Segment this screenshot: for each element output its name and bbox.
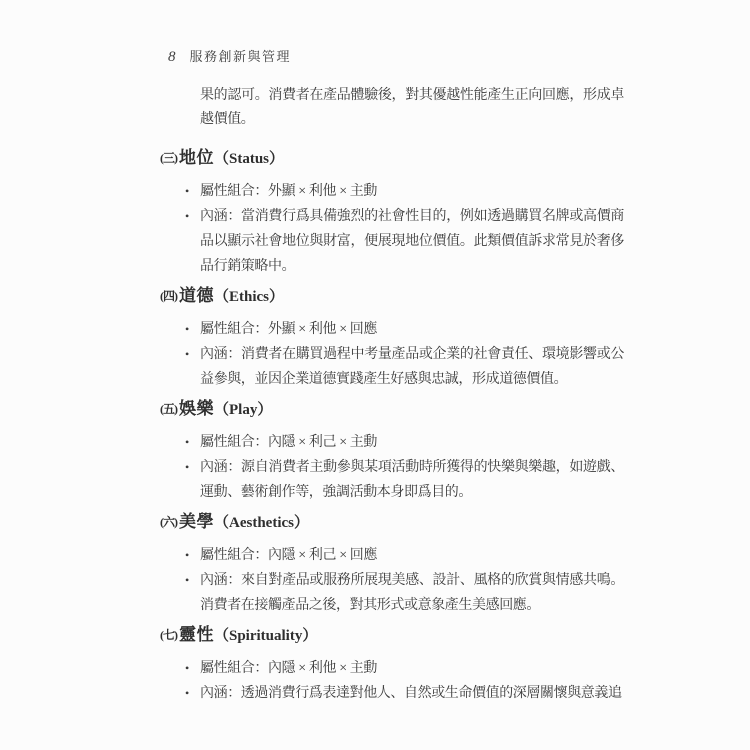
page-body: 果的認可。消費者在產品體驗後，對其優越性能產生正向回應，形成卓越價值。 (三) … [160,84,626,706]
section-play: (五) 娛樂 （Play） • 屬性組合：內隱 × 利己 × 主動 • 內涵：源… [160,394,626,505]
bullet-item: • 內涵：透過消費行爲表達對他人、自然或生命價值的深層關懷與意義追 [200,681,624,706]
section-number: (三) [160,143,177,173]
bullet-text: 屬性組合：內隱 × 利己 × 主動 [200,435,377,450]
bullet-item: • 屬性組合：外顯 × 利他 × 回應 [200,317,624,342]
bullet-icon: • [185,568,189,593]
bullet-item: • 屬性組合：內隱 × 利他 × 主動 [200,656,624,681]
section-spirituality: (七) 靈性 （Spirituality） • 屬性組合：內隱 × 利他 × 主… [160,620,626,706]
section-number: (六) [160,507,177,537]
section-title-en: （Ethics） [214,282,284,312]
section-heading: (四) 道德 （Ethics） [160,281,626,312]
section-title-en: （Play） [214,395,272,425]
section-aesthetics: (六) 美學 （Aesthetics） • 屬性組合：內隱 × 利己 × 回應 … [160,507,626,618]
bullet-icon: • [185,656,189,681]
bullet-icon: • [185,455,189,480]
bullet-item: • 屬性組合：內隱 × 利己 × 主動 [200,430,624,455]
bullet-icon: • [185,543,189,568]
bullet-text: 內涵：透過消費行爲表達對他人、自然或生命價值的深層關懷與意義追 [200,686,622,701]
section-title: 靈性 [179,620,214,650]
bullet-icon: • [185,204,189,229]
section-number: (七) [160,620,177,650]
page-header: 8 服務創新與管理 [168,46,291,66]
bullet-text: 屬性組合：外顯 × 利他 × 主動 [200,184,377,199]
section-title: 美學 [179,507,214,537]
bullet-item: • 屬性組合：內隱 × 利己 × 回應 [200,543,624,568]
bullet-item: • 屬性組合：外顯 × 利他 × 主動 [200,179,624,204]
section-ethics: (四) 道德 （Ethics） • 屬性組合：外顯 × 利他 × 回應 • 內涵… [160,281,626,392]
section-number: (五) [160,394,177,424]
section-number: (四) [160,281,177,311]
bullet-text: 內涵：源自消費者主動參與某項活動時所獲得的快樂與樂趣，如遊戲、運動、藝術創作等，… [200,460,624,500]
section-status: (三) 地位 （Status） • 屬性組合：外顯 × 利他 × 主動 • 內涵… [160,143,626,279]
bullet-text: 內涵：消費者在購買過程中考量產品或企業的社會責任、環境影響或公益參與，並因企業道… [200,347,624,387]
bullet-list: • 屬性組合：外顯 × 利他 × 主動 • 內涵：當消費行爲具備強烈的社會性目的… [200,179,624,279]
intro-paragraph: 果的認可。消費者在產品體驗後，對其優越性能產生正向回應，形成卓越價值。 [200,84,624,132]
bullet-item: • 內涵：源自消費者主動參與某項活動時所獲得的快樂與樂趣，如遊戲、運動、藝術創作… [200,455,624,505]
bullet-list: • 屬性組合：內隱 × 利他 × 主動 • 內涵：透過消費行爲表達對他人、自然或… [200,656,624,706]
bullet-list: • 屬性組合：內隱 × 利己 × 主動 • 內涵：源自消費者主動參與某項活動時所… [200,430,624,505]
section-title: 地位 [179,143,214,173]
bullet-text: 內涵：當消費行爲具備強烈的社會性目的，例如透過購買名牌或高價商品以顯示社會地位與… [200,209,624,274]
bullet-text: 屬性組合：內隱 × 利他 × 主動 [200,661,377,676]
section-title: 道德 [179,281,214,311]
bullet-icon: • [185,681,189,706]
bullet-list: • 屬性組合：外顯 × 利他 × 回應 • 內涵：消費者在購買過程中考量產品或企… [200,317,624,392]
book-title: 服務創新與管理 [190,46,292,65]
bullet-icon: • [185,342,189,367]
section-title-en: （Status） [214,144,284,174]
book-page: 8 服務創新與管理 果的認可。消費者在產品體驗後，對其優越性能產生正向回應，形成… [0,0,750,750]
bullet-item: • 內涵：當消費行爲具備強烈的社會性目的，例如透過購買名牌或高價商品以顯示社會地… [200,204,624,279]
section-heading: (五) 娛樂 （Play） [160,394,626,425]
bullet-text: 屬性組合：內隱 × 利己 × 回應 [200,548,377,563]
bullet-text: 屬性組合：外顯 × 利他 × 回應 [200,322,377,337]
section-title-en: （Spirituality） [214,621,317,651]
bullet-icon: • [185,179,189,204]
page-number: 8 [168,49,176,66]
section-heading: (三) 地位 （Status） [160,143,626,174]
bullet-icon: • [185,317,189,342]
section-heading: (七) 靈性 （Spirituality） [160,620,626,651]
bullet-icon: • [185,430,189,455]
section-heading: (六) 美學 （Aesthetics） [160,507,626,538]
section-title: 娛樂 [179,394,214,424]
section-title-en: （Aesthetics） [214,508,309,538]
bullet-list: • 屬性組合：內隱 × 利己 × 回應 • 內涵：來自對產品或服務所展現美感、設… [200,543,624,618]
bullet-item: • 內涵：來自對產品或服務所展現美感、設計、風格的欣賞與情感共鳴。消費者在接觸產… [200,568,624,618]
bullet-item: • 內涵：消費者在購買過程中考量產品或企業的社會責任、環境影響或公益參與，並因企… [200,342,624,392]
bullet-text: 內涵：來自對產品或服務所展現美感、設計、風格的欣賞與情感共鳴。消費者在接觸產品之… [200,573,624,613]
